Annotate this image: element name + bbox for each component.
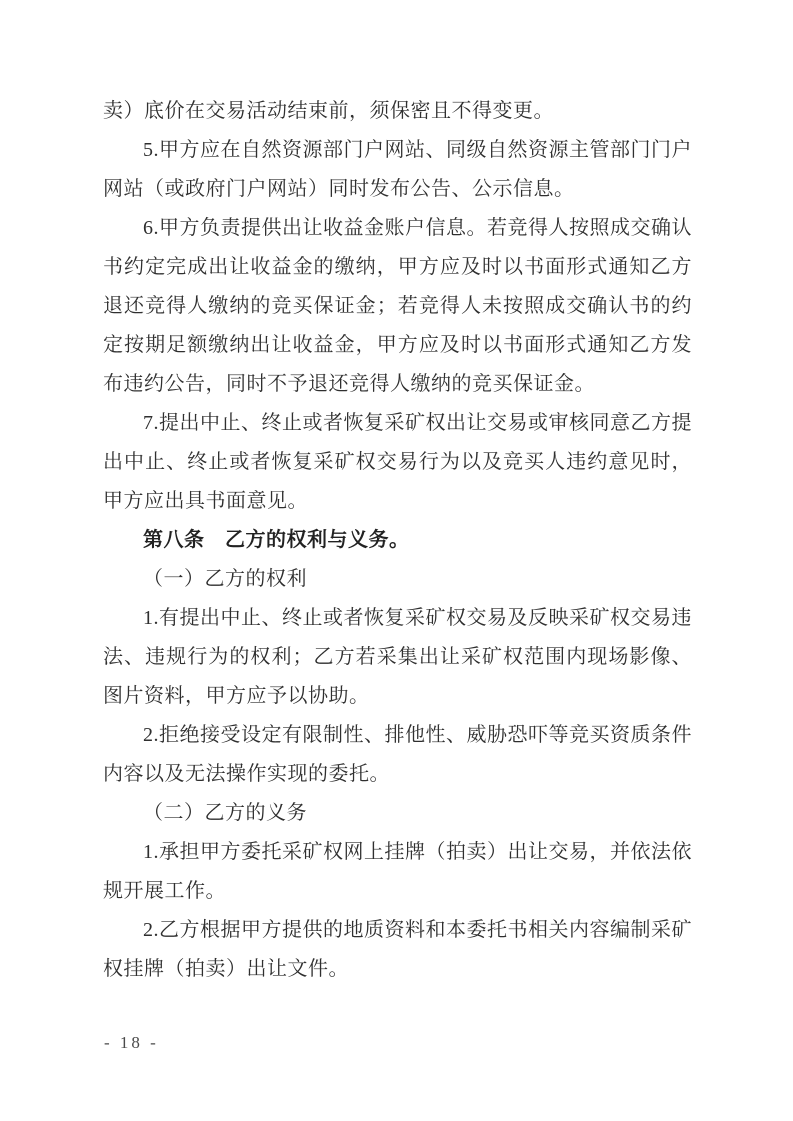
section-1-item-1: 1.有提出中止、终止或者恢复采矿权交易及反映采矿权交易违法、违规行为的权利；乙方…: [103, 599, 692, 716]
section-2-item-2: 2.乙方根据甲方提供的地质资料和本委托书相关内容编制采矿权挂牌（拍卖）出让文件。: [103, 911, 692, 989]
document-page: 卖）底价在交易活动结束前，须保密且不得变更。 5.甲方应在自然资源部门户网站、同…: [0, 0, 793, 1121]
document-body: 卖）底价在交易活动结束前，须保密且不得变更。 5.甲方应在自然资源部门户网站、同…: [103, 92, 692, 989]
clause-7: 7.提出中止、终止或者恢复采矿权出让交易或审核同意乙方提出中止、终止或者恢复采矿…: [103, 404, 692, 521]
section-2-heading: （二）乙方的义务: [103, 794, 692, 833]
page-number: - 18 -: [104, 1033, 159, 1053]
section-1-item-2: 2.拒绝接受设定有限制性、排他性、威胁恐吓等竞买资质条件内容以及无法操作实现的委…: [103, 716, 692, 794]
section-2-item-1: 1.承担甲方委托采矿权网上挂牌（拍卖）出让交易，并依法依规开展工作。: [103, 833, 692, 911]
article-8-heading: 第八条 乙方的权利与义务。: [103, 521, 692, 560]
section-1-heading: （一）乙方的权利: [103, 560, 692, 599]
clause-6: 6.甲方负责提供出让收益金账户信息。若竞得人按照成交确认书约定完成出让收益金的缴…: [103, 209, 692, 404]
continuation-line: 卖）底价在交易活动结束前，须保密且不得变更。: [103, 92, 692, 131]
clause-5: 5.甲方应在自然资源部门户网站、同级自然资源主管部门门户网站（或政府门户网站）同…: [103, 131, 692, 209]
